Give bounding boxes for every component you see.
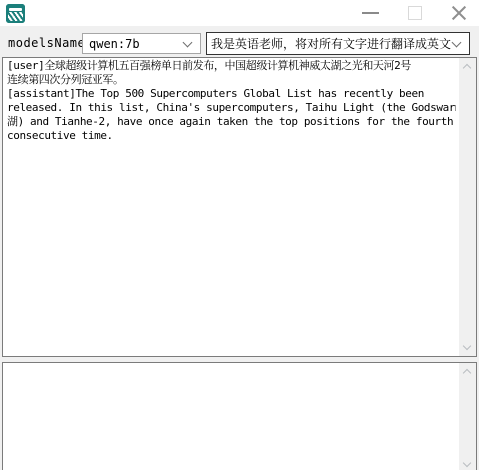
- input-scrollbar[interactable]: [459, 363, 476, 470]
- message-input-text: [7, 364, 456, 470]
- chevron-up-icon: [463, 64, 471, 72]
- chevron-down-icon: [452, 38, 462, 48]
- chat-output-textarea[interactable]: [user]全球超级计算机五百强榜单日前发布，中国超级计算机神威太湖之光和天河2…: [2, 57, 477, 357]
- maximize-button[interactable]: [398, 0, 432, 26]
- easy-language-logo-icon: [6, 4, 25, 23]
- minimize-icon: [362, 12, 379, 14]
- close-button[interactable]: [442, 0, 476, 26]
- chevron-down-icon: [463, 342, 471, 350]
- scroll-down-button[interactable]: [459, 339, 476, 356]
- maximize-icon: [408, 6, 422, 20]
- logo-stripes-shape: [8, 12, 23, 21]
- chevron-up-icon: [463, 369, 471, 377]
- model-select[interactable]: qwen:7b: [82, 33, 201, 54]
- message-input-textarea[interactable]: [2, 362, 477, 470]
- minimize-button[interactable]: [354, 0, 388, 26]
- chevron-down-icon: [183, 38, 193, 48]
- chat-output-text: [user]全球超级计算机五百强榜单日前发布，中国超级计算机神威太湖之光和天河2…: [7, 59, 456, 355]
- scroll-up-button[interactable]: [459, 58, 476, 75]
- scroll-up-button[interactable]: [459, 363, 476, 380]
- titlebar: [0, 0, 479, 26]
- models-name-label: modelsName:: [8, 36, 93, 50]
- chevron-down-icon: [463, 459, 471, 467]
- prompt-select[interactable]: 我是英语老师，将对所有文字进行翻译成英文: [206, 32, 470, 55]
- output-scrollbar[interactable]: [459, 58, 476, 356]
- prompt-select-value: 我是英语老师，将对所有文字进行翻译成英文: [211, 35, 451, 52]
- logo-bar-shape: [9, 8, 22, 11]
- scroll-down-button[interactable]: [459, 456, 476, 470]
- model-select-value: qwen:7b: [89, 37, 140, 51]
